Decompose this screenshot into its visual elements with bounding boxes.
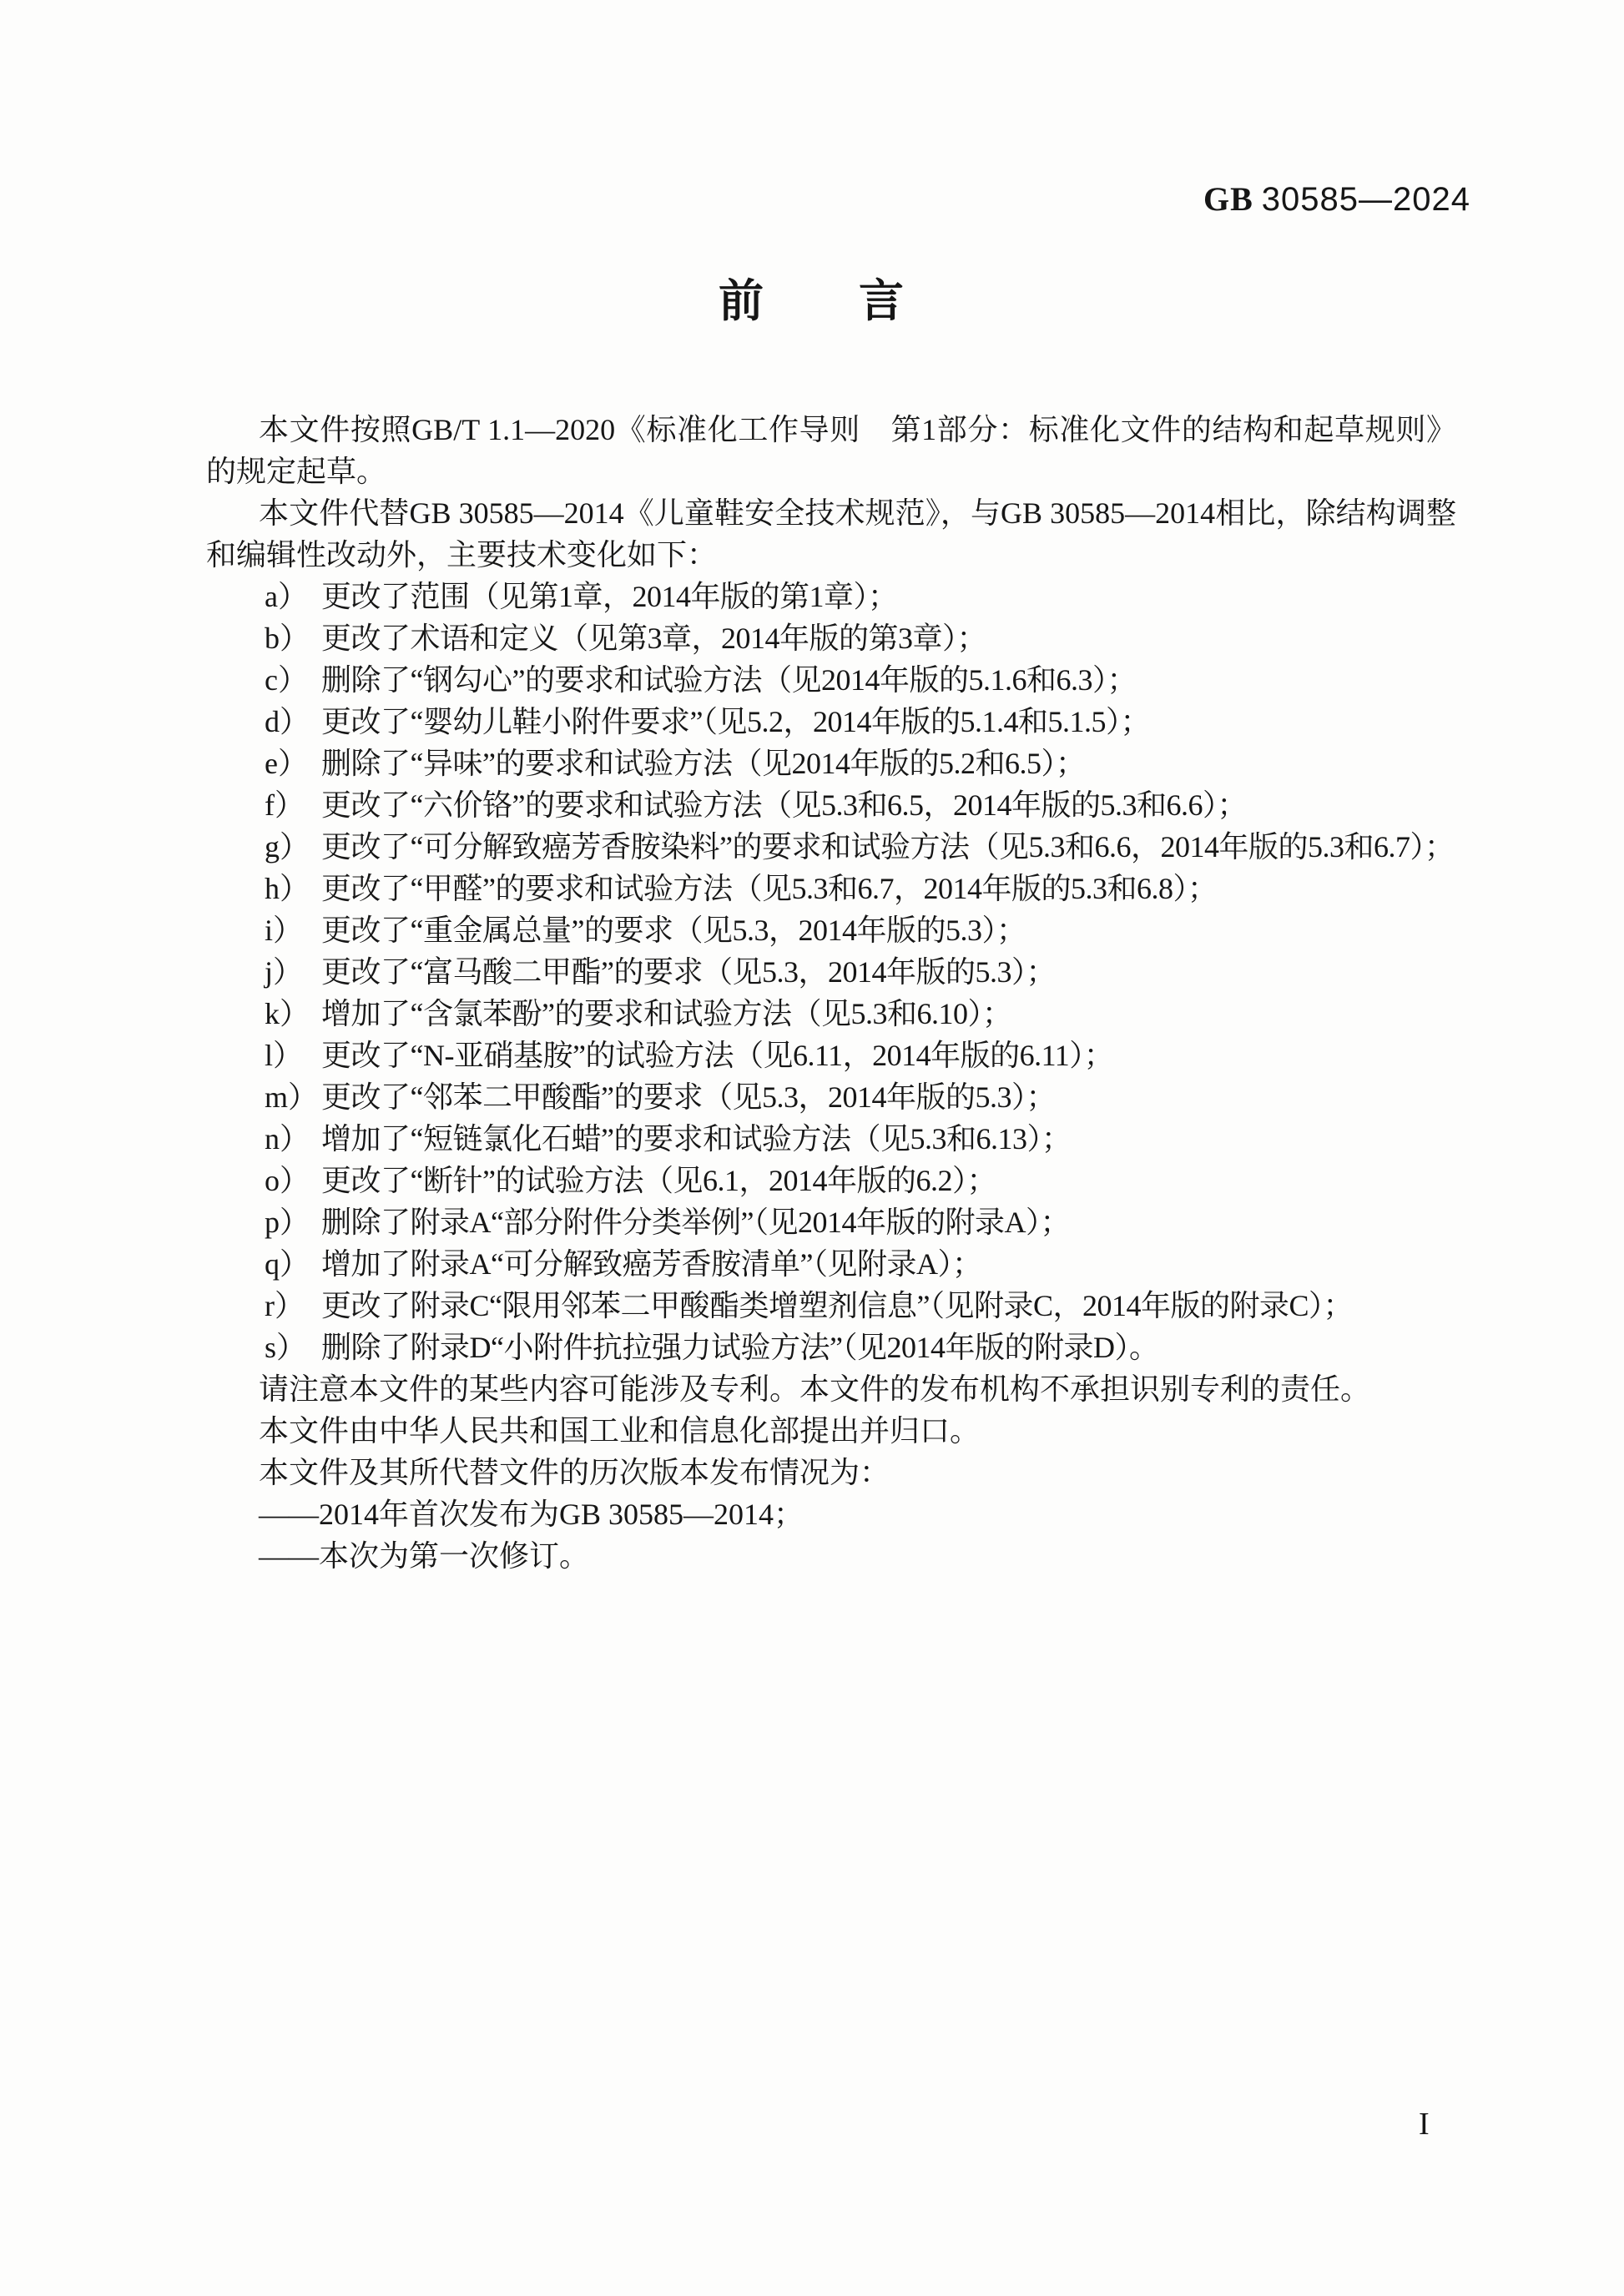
change-item-label: m） [265, 1076, 321, 1118]
change-item-text: 删除了“异味”的要求和试验方法（见2014年版的5.2和6.5）； [321, 743, 1456, 784]
change-item-label: b） [265, 617, 321, 659]
change-item-label: o） [265, 1160, 321, 1201]
change-item-label: g） [265, 826, 321, 868]
change-item-label: p） [265, 1201, 321, 1243]
standard-code-number: 30585—2024 [1262, 181, 1470, 218]
change-item: d） 更改了“婴幼儿鞋小附件要求”（见5.2，2014年版的5.1.4和5.1.… [206, 701, 1456, 743]
change-item-text: 更改了“甲醛”的要求和试验方法（见5.3和6.7，2014年版的5.3和6.8）… [321, 868, 1456, 909]
technical-changes-list: a） 更改了范围（见第1章，2014年版的第1章）； b） 更改了术语和定义（见… [206, 576, 1456, 1368]
change-item: l） 更改了“N-亚硝基胺”的试验方法（见6.11，2014年版的6.11）； [206, 1035, 1456, 1076]
change-item-text: 增加了“含氯苯酚”的要求和试验方法（见5.3和6.10）； [321, 993, 1456, 1035]
change-item: o） 更改了“断针”的试验方法（见6.1，2014年版的6.2）； [206, 1160, 1456, 1201]
change-item-text: 增加了“短链氯化石蜡”的要求和试验方法（见5.3和6.13）； [321, 1118, 1456, 1160]
change-item: q） 增加了附录A“可分解致癌芳香胺清单”（见附录A）； [206, 1243, 1456, 1285]
change-item-label: h） [265, 868, 321, 909]
change-item-text: 删除了附录D“小附件抗拉强力试验方法”（见2014年版的附录D）。 [321, 1327, 1456, 1368]
standard-number: GB 30585—2024 [1203, 183, 1470, 216]
change-item-text: 更改了“断针”的试验方法（见6.1，2014年版的6.2）； [321, 1160, 1456, 1201]
change-item-text: 增加了附录A“可分解致癌芳香胺清单”（见附录A）； [321, 1243, 1456, 1285]
standard-code-prefix: GB [1203, 180, 1253, 218]
change-item-label: f） [265, 784, 321, 826]
change-item-text: 删除了附录A“部分附件分类举例”（见2014年版的附录A）； [321, 1201, 1456, 1243]
change-item-text: 更改了“婴幼儿鞋小附件要求”（见5.2，2014年版的5.1.4和5.1.5）； [321, 701, 1456, 743]
change-item-label: r） [265, 1285, 321, 1327]
foreword-paragraph-drafting: 本文件按照GB/T 1.1—2020《标准化工作导则 第1部分：标准化文件的结构… [206, 409, 1456, 492]
foreword-paragraph-replacement: 本文件代替GB 30585—2014《儿童鞋安全技术规范》，与GB 30585—… [206, 492, 1456, 576]
change-item-text: 更改了范围（见第1章，2014年版的第1章）； [321, 576, 1456, 617]
foreword-paragraph-history-intro: 本文件及其所代替文件的历次版本发布情况为： [206, 1452, 1456, 1493]
change-item-text: 删除了“钢勾心”的要求和试验方法（见2014年版的5.1.6和6.3）； [321, 659, 1456, 701]
foreword-paragraph-issuing-body: 本文件由中华人民共和国工业和信息化部提出并归口。 [206, 1410, 1456, 1452]
change-item: k） 增加了“含氯苯酚”的要求和试验方法（见5.3和6.10）； [206, 993, 1456, 1035]
change-item-text: 更改了“重金属总量”的要求（见5.3，2014年版的5.3）； [321, 909, 1456, 951]
foreword-body: 本文件按照GB/T 1.1—2020《标准化工作导则 第1部分：标准化文件的结构… [206, 409, 1456, 1577]
change-item-label: q） [265, 1243, 321, 1285]
foreword-paragraph-patent-notice: 请注意本文件的某些内容可能涉及专利。本文件的发布机构不承担识别专利的责任。 [206, 1368, 1456, 1410]
change-item: j） 更改了“富马酸二甲酯”的要求（见5.3，2014年版的5.3）； [206, 951, 1456, 993]
change-item: g） 更改了“可分解致癌芳香胺染料”的要求和试验方法（见5.3和6.6，2014… [206, 826, 1456, 868]
page-number: I [1419, 2108, 1430, 2140]
change-item: i） 更改了“重金属总量”的要求（见5.3，2014年版的5.3）； [206, 909, 1456, 951]
change-item-label: s） [265, 1327, 321, 1368]
history-item-first-issue: ——2014年首次发布为GB 30585—2014； [206, 1493, 1456, 1535]
change-item-text: 更改了“可分解致癌芳香胺染料”的要求和试验方法（见5.3和6.6，2014年版的… [321, 826, 1456, 868]
change-item-text: 更改了术语和定义（见第3章，2014年版的第3章）； [321, 617, 1456, 659]
change-item: c） 删除了“钢勾心”的要求和试验方法（见2014年版的5.1.6和6.3）； [206, 659, 1456, 701]
foreword-title: 前 言 [0, 279, 1624, 324]
change-item-label: i） [265, 909, 321, 951]
change-item: f） 更改了“六价铬”的要求和试验方法（见5.3和6.5，2014年版的5.3和… [206, 784, 1456, 826]
change-item-label: k） [265, 993, 321, 1035]
change-item-text: 更改了“富马酸二甲酯”的要求（见5.3，2014年版的5.3）； [321, 951, 1456, 993]
change-item: a） 更改了范围（见第1章，2014年版的第1章）； [206, 576, 1456, 617]
change-item: e） 删除了“异味”的要求和试验方法（见2014年版的5.2和6.5）； [206, 743, 1456, 784]
change-item-label: n） [265, 1118, 321, 1160]
change-item-text: 更改了附录C“限用邻苯二甲酸酯类增塑剂信息”（见附录C，2014年版的附录C）； [321, 1285, 1456, 1327]
change-item: b） 更改了术语和定义（见第3章，2014年版的第3章）； [206, 617, 1456, 659]
change-item: n） 增加了“短链氯化石蜡”的要求和试验方法（见5.3和6.13）； [206, 1118, 1456, 1160]
change-item-label: a） [265, 576, 321, 617]
change-item: h） 更改了“甲醛”的要求和试验方法（见5.3和6.7，2014年版的5.3和6… [206, 868, 1456, 909]
change-item-text: 更改了“N-亚硝基胺”的试验方法（见6.11，2014年版的6.11）； [321, 1035, 1456, 1076]
change-item: r） 更改了附录C“限用邻苯二甲酸酯类增塑剂信息”（见附录C，2014年版的附录… [206, 1285, 1456, 1327]
change-item-text: 更改了“邻苯二甲酸酯”的要求（见5.3，2014年版的5.3）； [321, 1076, 1456, 1118]
change-item-label: d） [265, 701, 321, 743]
change-item-text: 更改了“六价铬”的要求和试验方法（见5.3和6.5，2014年版的5.3和6.6… [321, 784, 1456, 826]
change-item-label: j） [265, 951, 321, 993]
change-item: m） 更改了“邻苯二甲酸酯”的要求（见5.3，2014年版的5.3）； [206, 1076, 1456, 1118]
document-page: GB 30585—2024 前 言 本文件按照GB/T 1.1—2020《标准化… [0, 0, 1624, 2296]
history-item-revision: ——本次为第一次修订。 [206, 1535, 1456, 1577]
change-item-label: c） [265, 659, 321, 701]
change-item: p） 删除了附录A“部分附件分类举例”（见2014年版的附录A）； [206, 1201, 1456, 1243]
change-item-label: l） [265, 1035, 321, 1076]
change-item: s） 删除了附录D“小附件抗拉强力试验方法”（见2014年版的附录D）。 [206, 1327, 1456, 1368]
change-item-label: e） [265, 743, 321, 784]
